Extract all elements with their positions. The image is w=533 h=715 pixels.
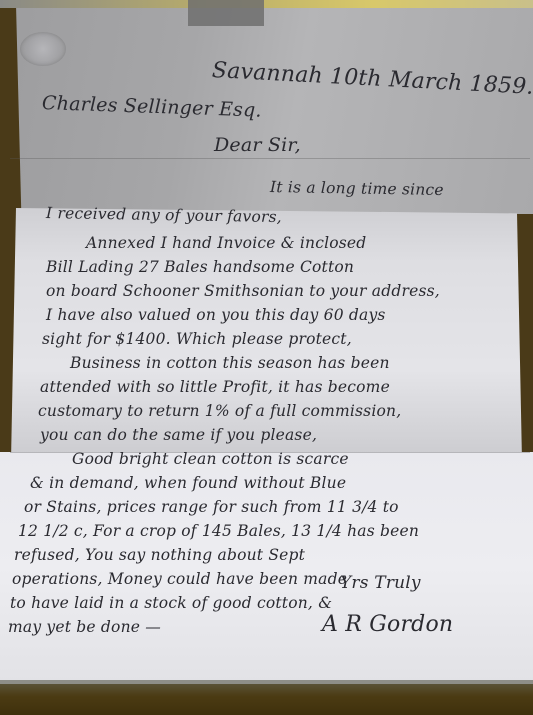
embossed-monogram-icon	[20, 32, 66, 66]
body-line: I have also valued on you this day 60 da…	[46, 306, 386, 324]
body-line: customary to return 1% of a full commiss…	[38, 402, 401, 420]
body-line: Annexed I hand Invoice & inclosed	[86, 234, 366, 252]
body-line: Business in cotton this season has been	[70, 354, 390, 372]
body-line: & in demand, when found without Blue	[30, 474, 346, 492]
body-line: attended with so little Profit, it has b…	[40, 378, 390, 396]
salutation: Dear Sir,	[214, 134, 301, 156]
body-line: Bill Lading 27 Bales handsome Cotton	[46, 258, 354, 276]
body-line: It is a long time since	[270, 178, 444, 199]
background-strip	[0, 0, 533, 8]
letter-photo: Savannah 10th March 1859. Charles Sellin…	[0, 0, 533, 715]
body-line: refused, You say nothing about Sept	[14, 546, 305, 564]
body-line: Good bright clean cotton is scarce	[72, 450, 349, 468]
body-line: operations, Money could have been made	[12, 570, 347, 588]
body-line: to have laid in a stock of good cotton, …	[10, 594, 332, 612]
body-line: on board Schooner Smithsonian to your ad…	[46, 282, 440, 300]
table-surface	[0, 684, 533, 715]
body-line: may yet be done —	[8, 618, 161, 636]
body-line: or Stains, prices range for such from 11…	[24, 498, 399, 516]
paper-tab-shadow	[188, 0, 264, 26]
closing: Yrs Truly	[340, 573, 421, 593]
body-line: you can do the same if you please,	[40, 426, 317, 444]
body-line: 12 1/2 c, For a crop of 145 Bales, 13 1/…	[18, 522, 419, 540]
fold-crease	[10, 158, 530, 159]
body-line: sight for $1400. Which please protect,	[42, 330, 352, 348]
signature: A R Gordon	[322, 612, 453, 637]
